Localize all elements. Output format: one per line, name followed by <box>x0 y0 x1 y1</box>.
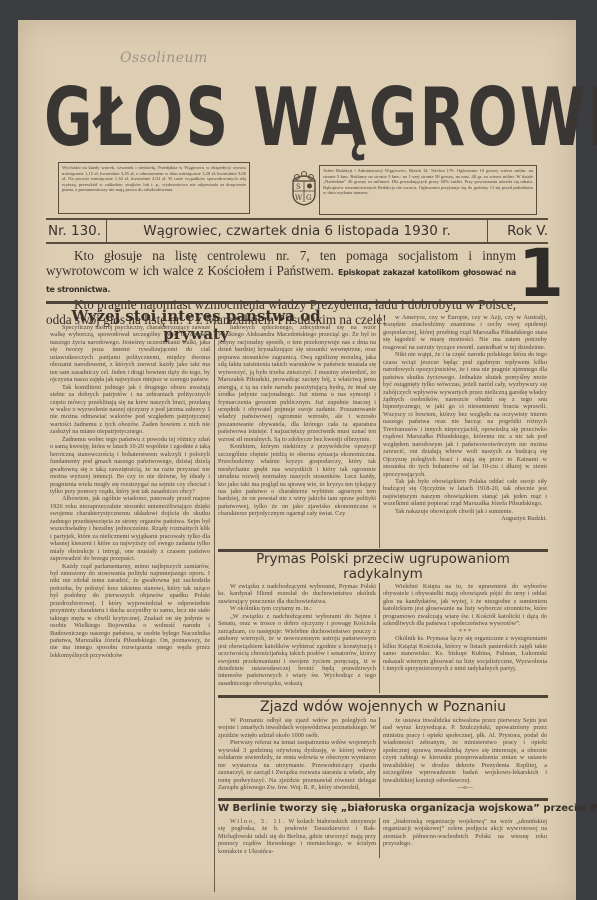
column-divider <box>379 314 380 548</box>
headline-line: radykalnym <box>218 567 548 582</box>
paragraph: Każdy rząd parlamentarny, mimo najlepszy… <box>50 563 210 660</box>
column-divider <box>379 818 380 858</box>
article-headline-prymas: Prymas Polski przeciw ugrupowaniom radyk… <box>218 552 548 582</box>
article-headline-berlin: W Berlinie tworzy się „białoruska organi… <box>218 802 548 816</box>
article-interes-col3: w Ameryce, czy w Europie, czy w Azji, cz… <box>383 314 547 548</box>
section-divider <box>218 798 548 801</box>
article-headline-zjazd: Zjazd wdów wojennych w Poznaniu <box>218 699 548 715</box>
column-divider <box>379 583 380 693</box>
berlin-dateline: Wilno, 5. 11. <box>230 818 286 825</box>
issue-dateline-bar: Nr. 130. Wągrowiec, czwartek dnia 6 list… <box>46 218 548 244</box>
town-coat-of-arms-icon: S W G <box>287 170 321 206</box>
section-divider <box>46 301 548 304</box>
svg-text:G: G <box>306 194 312 202</box>
article-interes-col1: Specyficzny nastrój psychiczny, charakte… <box>50 324 210 892</box>
editorial-address-box: Adres Redakcji i Administracji Wągrowiec… <box>319 165 537 215</box>
article-prymas-col2: Wielebni Księża na to, że uprawnieni do … <box>383 583 547 693</box>
paragraph: Okólnik ks. Prymasa łączy się organiczni… <box>383 635 547 672</box>
paragraph: mi „białoruską organizację wojskową” na … <box>383 818 547 848</box>
article-berlin-col1: Wilno, 5. 11. W kołach białoruskich utrz… <box>218 818 376 860</box>
paragraph: ludowych splecionego, zdecydował się na … <box>218 324 376 443</box>
article-interes-col2: ludowych splecionego, zdecydował się na … <box>218 324 376 548</box>
newspaper-masthead: GŁOS WĄGROWIECKI <box>44 72 555 164</box>
headline-line: Prymas Polski przeciw ugrupowaniom <box>218 552 548 567</box>
paragraph: Nikt nie wątpi, że i ta część narodu pol… <box>383 351 547 478</box>
section-break: * * * <box>383 628 547 635</box>
issue-date: Wągrowiec, czwartek dnia 6 listopada 193… <box>107 220 488 242</box>
paragraph: W Poznaniu odbył się zjazd wdów po poleg… <box>218 717 376 739</box>
section-divider <box>218 695 548 698</box>
pencil-annotation: Ossolineum <box>120 50 208 66</box>
article-zjazd-col1: W Poznaniu odbył się zjazd wdów po poleg… <box>218 717 376 795</box>
paragraph: w Ameryce, czy w Europie, czy w Azji, cz… <box>383 314 547 351</box>
svg-text:S: S <box>296 183 301 191</box>
paragraph: Tak jak było obowiązkiem Polaka oddać ca… <box>383 478 547 508</box>
paragraph: Specyficzny nastrój psychiczny, charakte… <box>50 324 210 384</box>
issue-number: Nr. 130. <box>46 220 107 242</box>
article-zjazd-col2: że ustawa inwalidzka uchwalona przez pie… <box>383 717 547 797</box>
election-notice-line1: Kto głosuje na listę centrolewu nr. 7, t… <box>46 248 516 297</box>
section-break: —o— <box>383 784 547 791</box>
column-divider <box>214 324 215 892</box>
paragraph: „W związku z nadchodzącemi wyborami do S… <box>218 613 376 688</box>
paragraph: Wilno, 5. 11. W kołach białoruskich utrz… <box>218 818 376 855</box>
paragraph: Pierwszy referat na temat zaopatrzenia w… <box>218 739 376 791</box>
newspaper-page: Ossolineum GŁOS WĄGROWIECKI Wychodzi na … <box>18 20 576 900</box>
paragraph: W okólniku tym czytamy m. in.: <box>218 605 376 612</box>
svg-text:W: W <box>295 194 303 202</box>
paragraph: Tak komilitoni jednego jak i drugiego ob… <box>50 384 210 436</box>
paragraph: Żadnemu wobec tego państwu z powodu tej … <box>50 436 210 496</box>
paragraph: Tak nakazuje obowiązek chwili jak i sumi… <box>383 508 547 515</box>
paragraph: Albowiem, jak ogólnie wiadomo, panowały … <box>50 495 210 562</box>
article-prymas-col1: W związku z nadchodzącymi wyborami, Prym… <box>218 583 376 693</box>
paragraph: że ustawa inwalidzka uchwalona przez pie… <box>383 717 547 784</box>
subscription-info-box: Wychodzi na każdy wtorek, czwartek i nie… <box>58 162 250 214</box>
paragraph: Wielebni Księża na to, że uprawnieni do … <box>383 583 547 628</box>
paragraph: Konikiem, którym niektórzy z przywódców … <box>218 443 376 518</box>
author-signature: Augustyn Rudzki. <box>383 515 547 522</box>
article-berlin-col2: mi „białoruską organizację wojskową” na … <box>383 818 547 860</box>
list-number-badge: 1 <box>518 248 550 300</box>
paragraph: W związku z nadchodzącymi wyborami, Prym… <box>218 583 376 605</box>
column-divider <box>379 717 380 797</box>
